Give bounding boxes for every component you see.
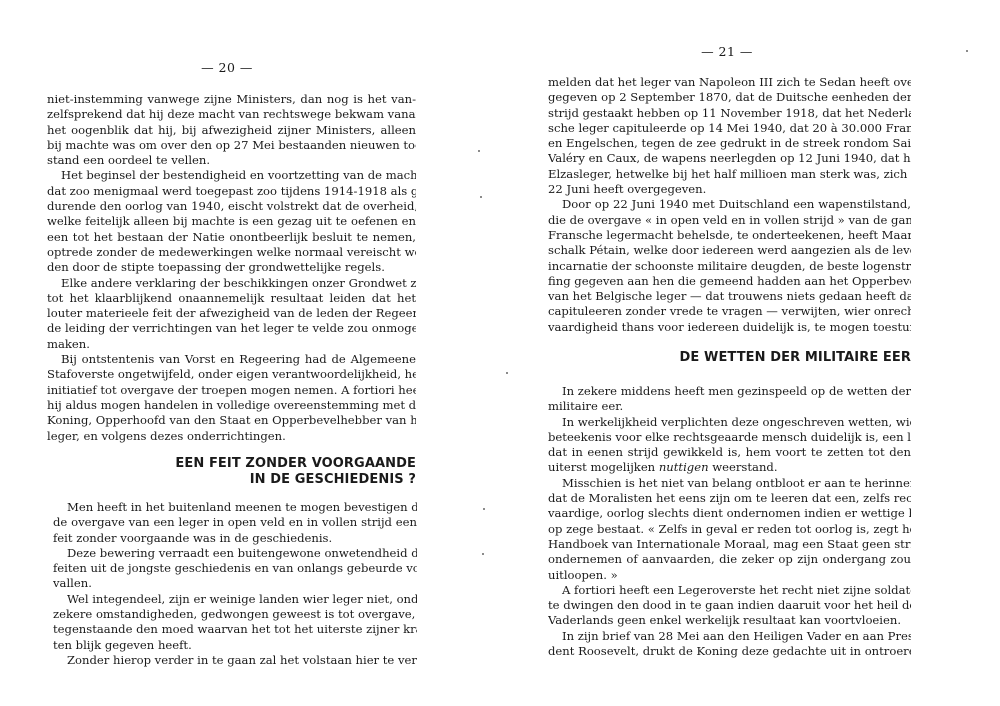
paragraph: In zekere middens heeft men gezinspeeld … (548, 384, 911, 415)
right-text-column-top: melden dat het leger van Napoleon III zi… (548, 75, 911, 335)
text-line: uitloopen. » (548, 568, 911, 583)
text-line: Koning, Opperhoofd van den Staat en Oppe… (47, 413, 416, 428)
text-line: In zekere middens heeft men gezinspeeld … (548, 384, 911, 399)
paragraph: niet-instemming vanwege zijne Ministers,… (47, 92, 416, 168)
text-line: uiterst mogelijken nuttigen weerstand. (548, 460, 911, 475)
text-line: Fransche legermacht behelsde, te onderte… (548, 228, 911, 243)
text-line: Bij ontstentenis van Vorst en Regeering … (47, 352, 416, 367)
text-line: Wel integendeel, zijn er weinige landen … (53, 592, 417, 607)
paragraph: A fortiori heeft een Legeroverste het re… (548, 583, 911, 629)
text-line: capituleeren zonder vrede te vragen — ve… (548, 304, 911, 319)
page-number: — 20 — (167, 60, 287, 75)
text-line: zekere omstandigheden, gedwongen geweest… (53, 607, 417, 622)
text-line: Men heeft in het buitenland meenen te mo… (53, 500, 417, 515)
text-line: durende den oorlog van 1940, eischt vols… (47, 199, 416, 214)
text-line: Vaderlands geen enkel werkelijk resultaa… (548, 613, 911, 628)
text-line: dent Roosevelt, drukt de Koning deze ged… (548, 644, 911, 659)
heading-line: EEN FEIT ZONDER VOORGAANDE (47, 456, 416, 472)
text-line: sche leger capituleerde op 14 Mei 1940, … (548, 121, 911, 136)
text-line: de overgave van een leger in open veld e… (53, 515, 417, 530)
text-line: louter materieele feit der afwezigheid v… (47, 306, 416, 321)
text-line: Stafoverste ongetwijfeld, onder eigen ve… (47, 367, 416, 382)
scan-speck (480, 196, 482, 198)
text-line: stand een oordeel te vellen. (47, 153, 416, 168)
text-line: dat de Moralisten het eens zijn om te le… (548, 491, 911, 506)
text-run: uiterst mogelijken (548, 460, 659, 474)
text-line: melden dat het leger van Napoleon III zi… (548, 75, 911, 90)
text-line: bij machte was om over den op 27 Mei bes… (47, 138, 416, 153)
page-number: — 21 — (667, 44, 787, 59)
text-line: Elzasleger, hetwelke bij het half millio… (548, 167, 911, 182)
paragraph: Zonder hierop verder in te gaan zal het … (53, 653, 417, 668)
left-page: — 20 — niet-instemming vanwege zijne Min… (0, 0, 500, 706)
text-line: ten blijk gegeven heeft. (53, 638, 417, 653)
text-line: ondernemen of aanvaarden, die zeker op z… (548, 552, 911, 567)
left-text-column-top: niet-instemming vanwege zijne Ministers,… (47, 92, 416, 444)
paragraph: melden dat het leger van Napoleon III zi… (548, 75, 911, 197)
text-line: incarnatie der schoonste militaire deugd… (548, 259, 911, 274)
text-line: initiatief tot overgave der troepen moge… (47, 383, 416, 398)
left-text-column-bottom: Men heeft in het buitenland meenen te mo… (53, 500, 417, 668)
text-line: Door op 22 Juni 1940 met Duitschland een… (548, 197, 911, 212)
text-line: Handboek van Internationale Moraal, mag … (548, 537, 911, 552)
text-line: welke feitelijk alleen bij machte is een… (47, 214, 416, 229)
text-line: Het beginsel der bestendigheid en voortz… (47, 168, 416, 183)
paragraph: In werkelijkheid verplichten deze ongesc… (548, 415, 911, 476)
text-line: maken. (47, 337, 416, 352)
text-line: Elke andere verklaring der beschikkingen… (47, 276, 416, 291)
text-line: leger, en volgens dezes onderrichtingen. (47, 429, 416, 444)
scan-speck (966, 50, 968, 52)
text-line: Valéry en Caux, de wapens neerlegden op … (548, 151, 911, 166)
text-line: fing gegeven aan hen die gemeend hadden … (548, 274, 911, 289)
text-line: Deze bewering verraadt een buitengewone … (53, 546, 417, 561)
text-line: Zonder hierop verder in te gaan zal het … (53, 653, 417, 668)
text-run: weerstand. (709, 460, 778, 474)
text-line: niet-instemming vanwege zijne Ministers,… (47, 92, 416, 107)
text-line: optrede zonder de medewerkingen welke no… (47, 245, 416, 260)
text-line: hij aldus mogen handelen in volledige ov… (47, 398, 416, 413)
text-line: Misschien is het niet van belang ontbloo… (548, 476, 911, 491)
text-line: schalk Pétain, welke door iedereen werd … (548, 243, 911, 258)
text-line: vallen. (53, 576, 417, 591)
section-heading: DE WETTEN DER MILITAIRE EER (548, 350, 911, 366)
text-line: van het Belgische leger — dat trouwens n… (548, 289, 911, 304)
text-line: beteekenis voor elke rechtsgeaarde mensc… (548, 430, 911, 445)
text-line: die de overgave « in open veld en in vol… (548, 213, 911, 228)
text-line: A fortiori heeft een Legeroverste het re… (548, 583, 911, 598)
text-line: militaire eer. (548, 399, 911, 414)
section-heading: EEN FEIT ZONDER VOORGAANDE IN DE GESCHIE… (47, 456, 416, 488)
paragraph: Deze bewering verraadt een buitengewone … (53, 546, 417, 592)
text-line: dat in eenen strijd gewikkeld is, hem vo… (548, 445, 911, 460)
right-page: — 21 — melden dat het leger van Napoleon… (500, 0, 1000, 706)
paragraph: Men heeft in het buitenland meenen te mo… (53, 500, 417, 546)
paragraph: Misschien is het niet van belang ontbloo… (548, 476, 911, 583)
text-line: vaardigheid thans voor iedereen duidelij… (548, 320, 911, 335)
text-line: feit zonder voorgaande was in de geschie… (53, 531, 417, 546)
text-line: vaardige, oorlog slechts dient ondernome… (548, 506, 911, 521)
text-line: de leiding der verrichtingen van het leg… (47, 321, 416, 336)
paragraph: Het beginsel der bestendigheid en voortz… (47, 168, 416, 275)
text-line: op zege bestaat. « Zelfs in geval er red… (548, 522, 911, 537)
text-line: het oogenblik dat hij, bij afwezigheid z… (47, 123, 416, 138)
paragraph: In zijn brief van 28 Mei aan den Heilige… (548, 629, 911, 660)
emphasized-word: nuttigen (659, 460, 709, 474)
text-line: strijd gestaakt hebben op 11 November 19… (548, 106, 911, 121)
scan-speck (506, 372, 508, 374)
text-line: In werkelijkheid verplichten deze ongesc… (548, 415, 911, 430)
text-line: te dwingen den dood in te gaan indien da… (548, 598, 911, 613)
text-line: feiten uit de jongste geschiedenis en va… (53, 561, 417, 576)
scan-speck (482, 553, 484, 555)
text-line: en Engelschen, tegen de zee gedrukt in d… (548, 136, 911, 151)
paragraph: Elke andere verklaring der beschikkingen… (47, 276, 416, 352)
heading-line: IN DE GESCHIEDENIS ? (47, 472, 416, 488)
scan-speck (478, 150, 480, 152)
text-line: gegeven op 2 September 1870, dat de Duit… (548, 90, 911, 105)
scan-speck (483, 508, 485, 510)
text-line: 22 Juni heeft overgegeven. (548, 182, 911, 197)
text-line: zelfsprekend dat hij deze macht van rech… (47, 107, 416, 122)
paragraph: Wel integendeel, zijn er weinige landen … (53, 592, 417, 653)
text-line: tot het klaarblijkend onaannemelijk resu… (47, 291, 416, 306)
text-line: den door de stipte toepassing der grondw… (47, 260, 416, 275)
paragraph: Bij ontstentenis van Vorst en Regeering … (47, 352, 416, 444)
text-line: dat zoo menigmaal werd toegepast zoo tij… (47, 184, 416, 199)
text-line: tegenstaande den moed waarvan het tot he… (53, 622, 417, 637)
text-line: In zijn brief van 28 Mei aan den Heilige… (548, 629, 911, 644)
right-text-column-bottom: In zekere middens heeft men gezinspeeld … (548, 384, 911, 659)
text-line: een tot het bestaan der Natie onontbeerl… (47, 230, 416, 245)
paragraph: Door op 22 Juni 1940 met Duitschland een… (548, 197, 911, 335)
